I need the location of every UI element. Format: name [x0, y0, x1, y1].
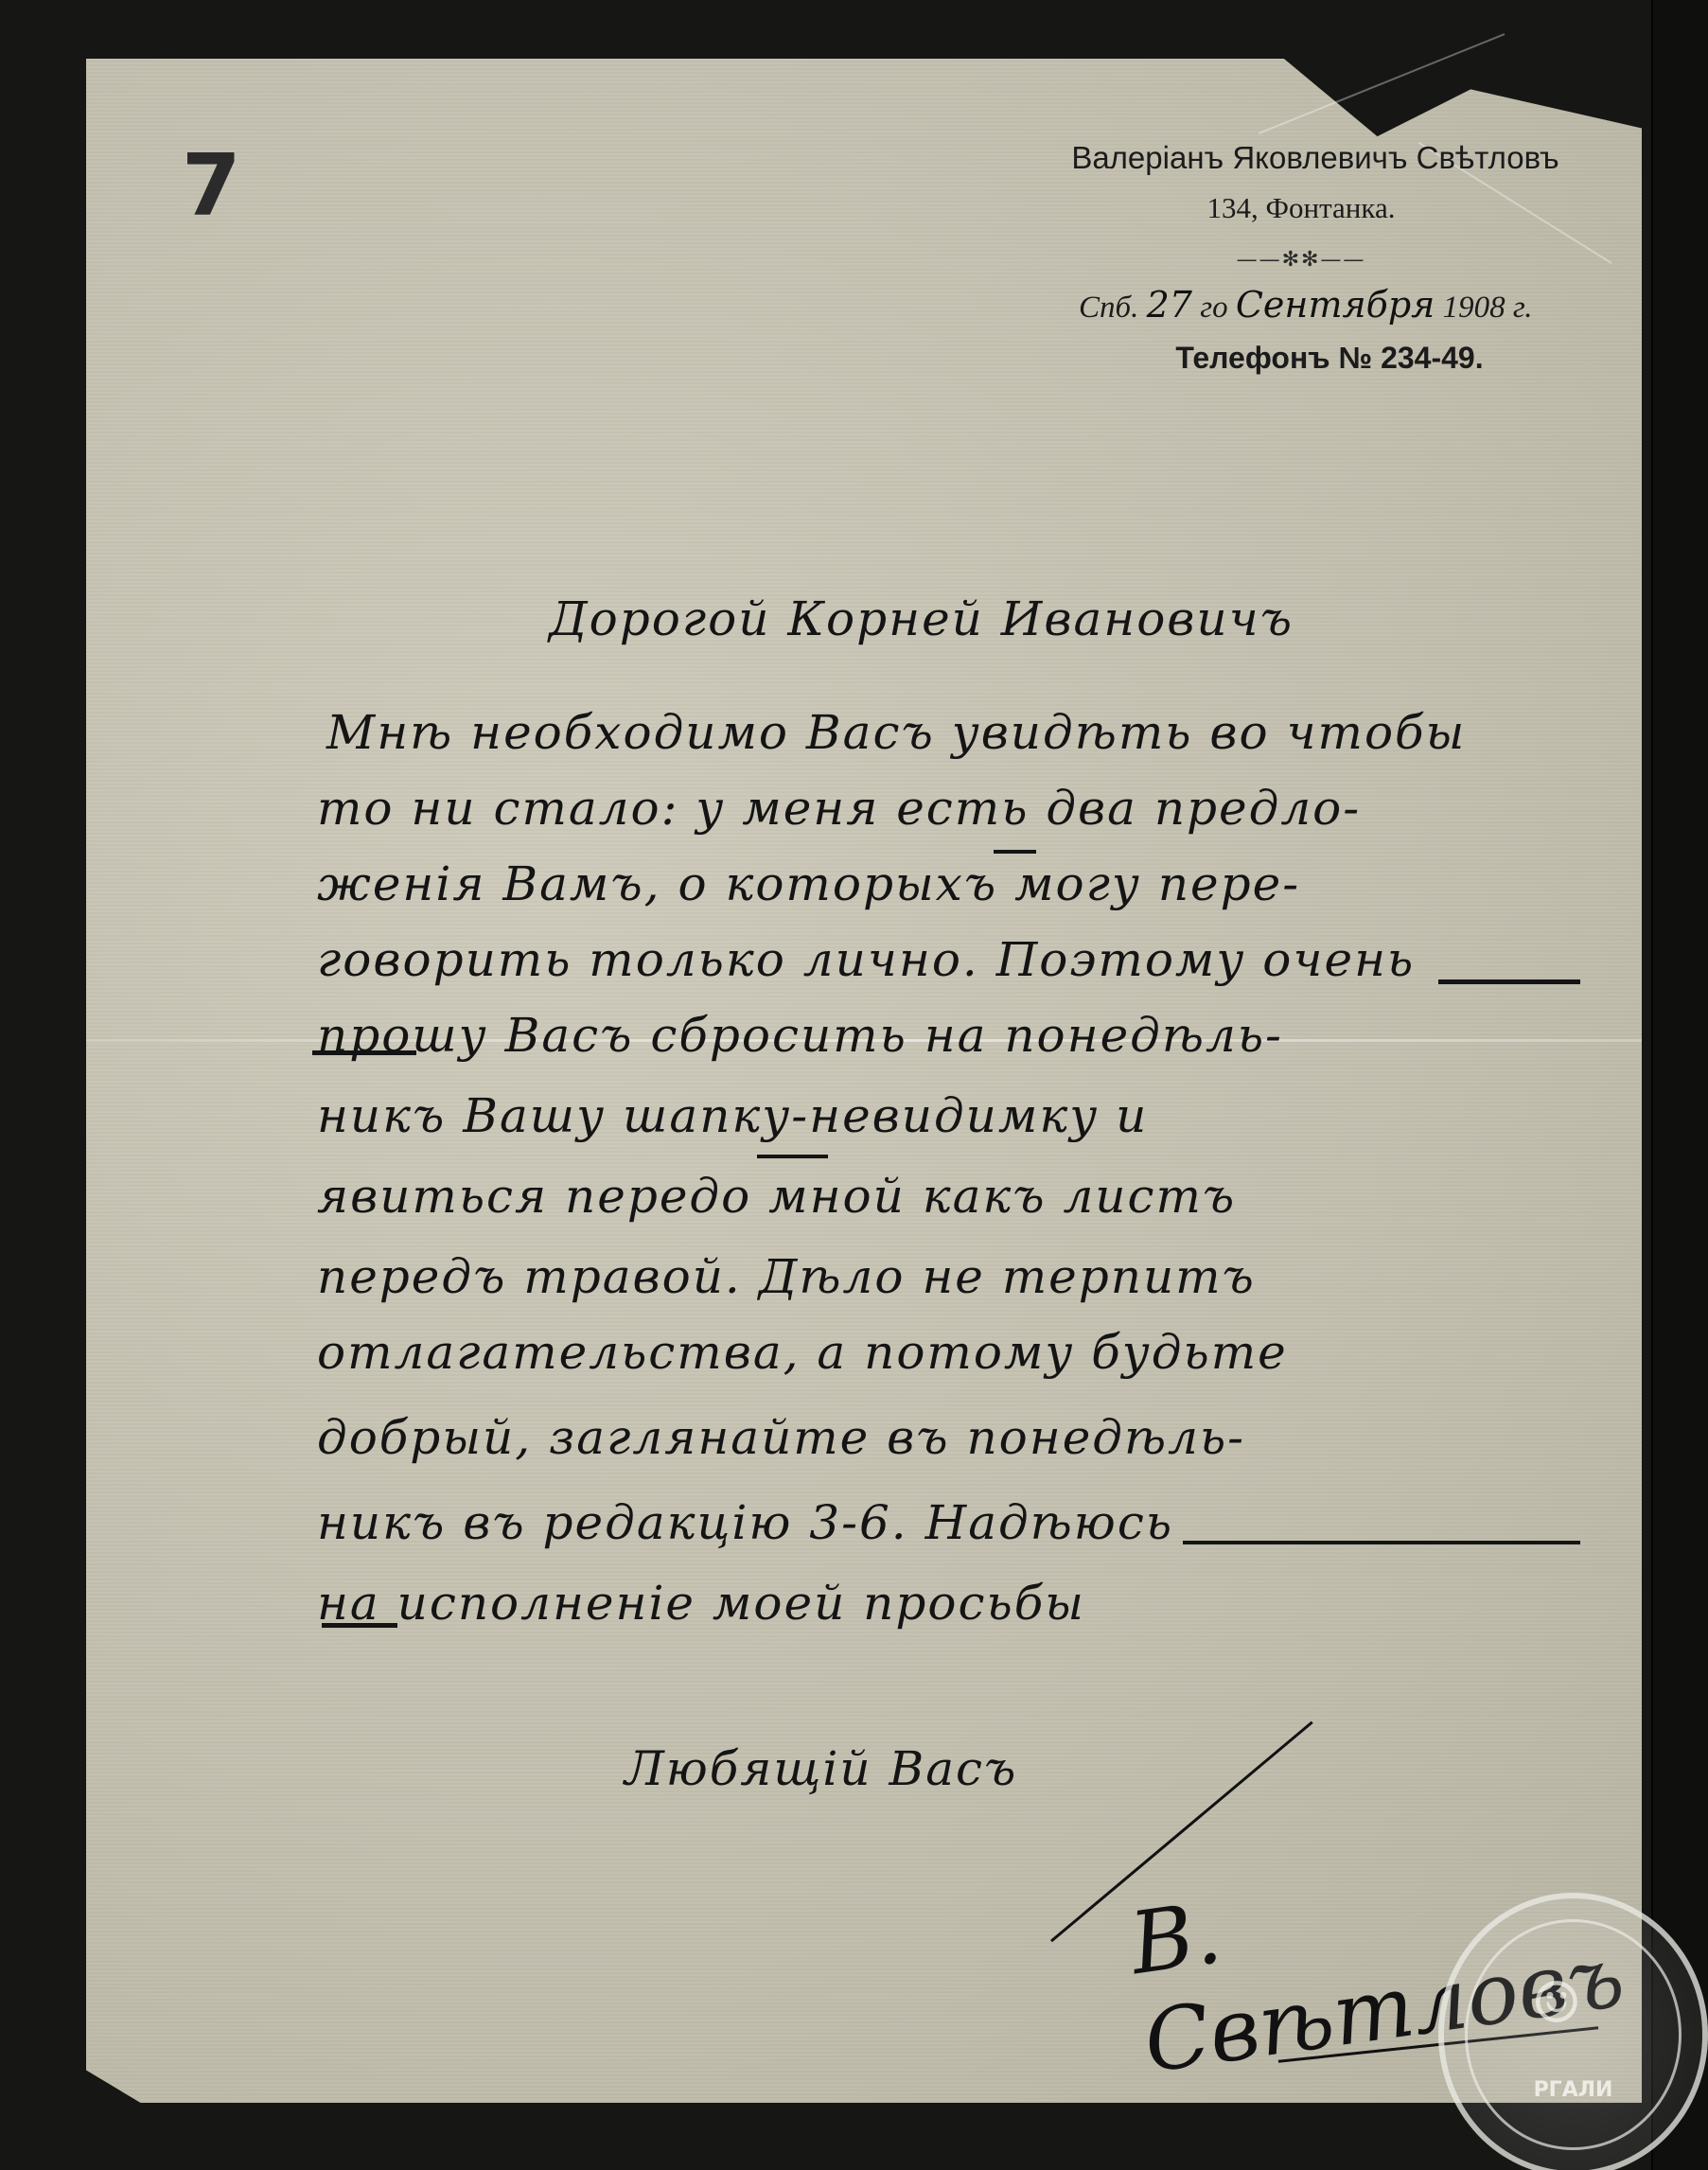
date-day: 27 [1147, 284, 1192, 326]
archive-stamp: ☺ РГАЛИ [1438, 1893, 1708, 2170]
body-line: Мнѣ необходимо Васъ увидѣть во чтобы [326, 705, 1466, 760]
underline-proshu [312, 1050, 416, 1055]
body-line: говорить только лично. Поэтому очень [317, 932, 1415, 987]
theatre-mask-icon: ☺ [1531, 1970, 1582, 2037]
body-line: то ни стало: у меня есть два предло- [317, 781, 1361, 836]
body-line: женія Вамъ, о которыхъ могу пере- [317, 856, 1300, 911]
body-line: никъ Вашу шапку-невидимку и [317, 1088, 1148, 1143]
body-line: отлагательства, а потому будьте [317, 1325, 1288, 1380]
letterhead-ornament: ——✻✻—— [1216, 248, 1386, 272]
folio-number: 7 [182, 136, 241, 236]
date-day-suffix: го [1200, 291, 1227, 325]
body-line: прошу Васъ сбросить на понедѣль- [317, 1008, 1283, 1063]
closing: Любящій Васъ [625, 1741, 1017, 1796]
letterhead-date: Спб. 27 го Сентября 1908 г. [1079, 284, 1609, 326]
date-month: Сентября [1236, 284, 1435, 326]
body-line: добрый, заглянайте въ понедѣль- [317, 1410, 1245, 1465]
underline-ponedel [1183, 1541, 1580, 1544]
salutation: Дорогой Корней Ивановичъ [549, 591, 1294, 646]
underline-shapku [757, 1155, 828, 1158]
stamp-label: РГАЛИ [1444, 2078, 1702, 2102]
letterhead-address: 134, Фонтанка. [1121, 191, 1481, 225]
letterhead-name: Валеріанъ Яковлевичъ Свѣтловъ [1041, 140, 1590, 176]
underline-dva [994, 850, 1036, 854]
underline-ochen [1438, 979, 1580, 984]
underline-nik [322, 1623, 397, 1628]
date-prefix: Спб. [1079, 291, 1138, 325]
date-year: 1908 г. [1443, 291, 1533, 325]
body-line: на исполненіе моей просьбы [317, 1576, 1085, 1631]
letterhead-phone: Телефонъ № 234-49. [1102, 341, 1557, 376]
body-line: явиться передо мной какъ листъ [317, 1169, 1236, 1224]
body-line: передъ травой. Дѣло не терпитъ [317, 1249, 1256, 1304]
body-line: никъ въ редакцію 3-6. Надѣюсь [317, 1495, 1173, 1550]
